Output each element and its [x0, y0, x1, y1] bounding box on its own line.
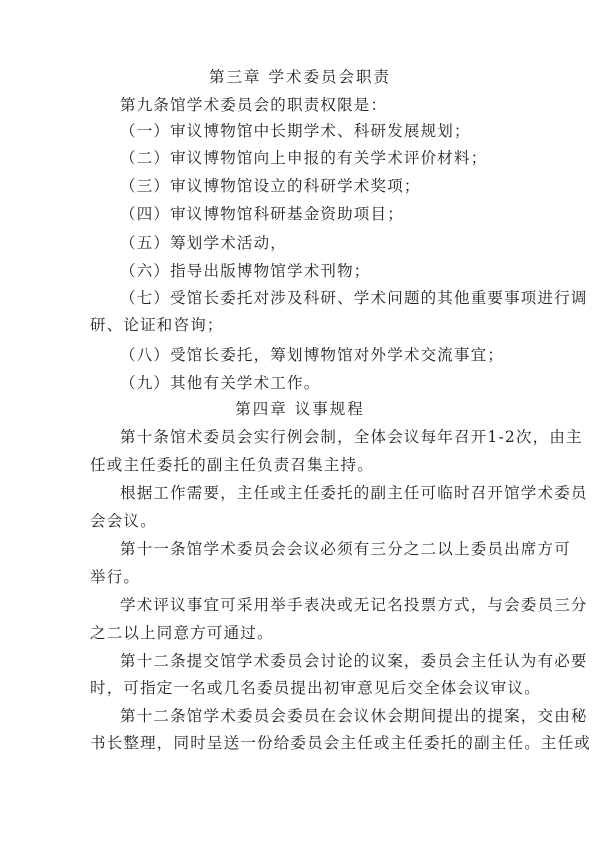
article-10-line-2: 任或主任委托的副主任负责召集主持。: [90, 451, 508, 479]
article-9-intro: 第九条馆学术委员会的职责权限是：: [120, 91, 508, 119]
article-10-line-1: 第十条馆术委员会实行例会制，全体会议每年召开1-2次，由主: [120, 423, 508, 451]
article-12-line-2: 时，可指定一名或几名委员提出初审意见后交全体会议审议。: [90, 674, 508, 702]
duty-item-9: （九）其他有关学术工作。: [120, 369, 508, 397]
paragraph-voting-line-2: 之二以上同意方可通过。: [90, 619, 508, 647]
document-page: 第三章 学术委员会职责 第九条馆学术委员会的职责权限是： （一）审议博物馆中长期…: [0, 0, 600, 848]
duty-item-8: （八）受馆长委托，筹划博物馆对外学术交流事宜；: [120, 341, 508, 369]
article-11-line-1: 第十一条馆学术委员会会议必须有三分之二以上委员出席方可: [120, 535, 508, 563]
paragraph-convene-line-2: 会会议。: [90, 507, 508, 535]
duty-item-6: （六）指导出版博物馆学术刊物；: [120, 257, 508, 285]
duty-item-7: （七）受馆长委托对涉及科研、学术问题的其他重要事项进行调: [120, 284, 508, 312]
article-12-line-1: 第十二条提交馆学术委员会讨论的议案，委员会主任认为有必要: [120, 647, 508, 675]
duty-item-1: （一）审议博物馆中长期学术、科研发展规划；: [120, 117, 508, 145]
duty-item-2: （二）审议博物馆向上申报的有关学术评价材料；: [120, 144, 508, 172]
chapter-3-heading: 第三章 学术委员会职责: [0, 63, 600, 91]
paragraph-voting-line-1: 学术评议事宜可采用举手表决或无记名投票方式，与会委员三分: [120, 591, 508, 619]
paragraph-convene-line-1: 根据工作需要，主任或主任委托的副主任可临时召开馆学术委员: [120, 479, 508, 507]
duty-item-5: （五）筹划学术活动，: [120, 229, 508, 257]
article-12b-line-1: 第十二条馆学术委员会委员在会议休会期间提出的提案，交由秘: [120, 702, 508, 730]
duty-item-3: （三）审议博物馆设立的科研学术奖项；: [120, 172, 508, 200]
duty-item-7-continued: 研、论证和咨询；: [90, 311, 508, 339]
article-12b-line-2: 书长整理，同时呈送一份给委员会主任或主任委托的副主任。主任或: [90, 729, 508, 757]
chapter-4-heading: 第四章 议事规程: [0, 395, 600, 423]
duty-item-4: （四）审议博物馆科研基金资助项目；: [120, 200, 508, 228]
article-11-line-2: 举行。: [90, 563, 508, 591]
